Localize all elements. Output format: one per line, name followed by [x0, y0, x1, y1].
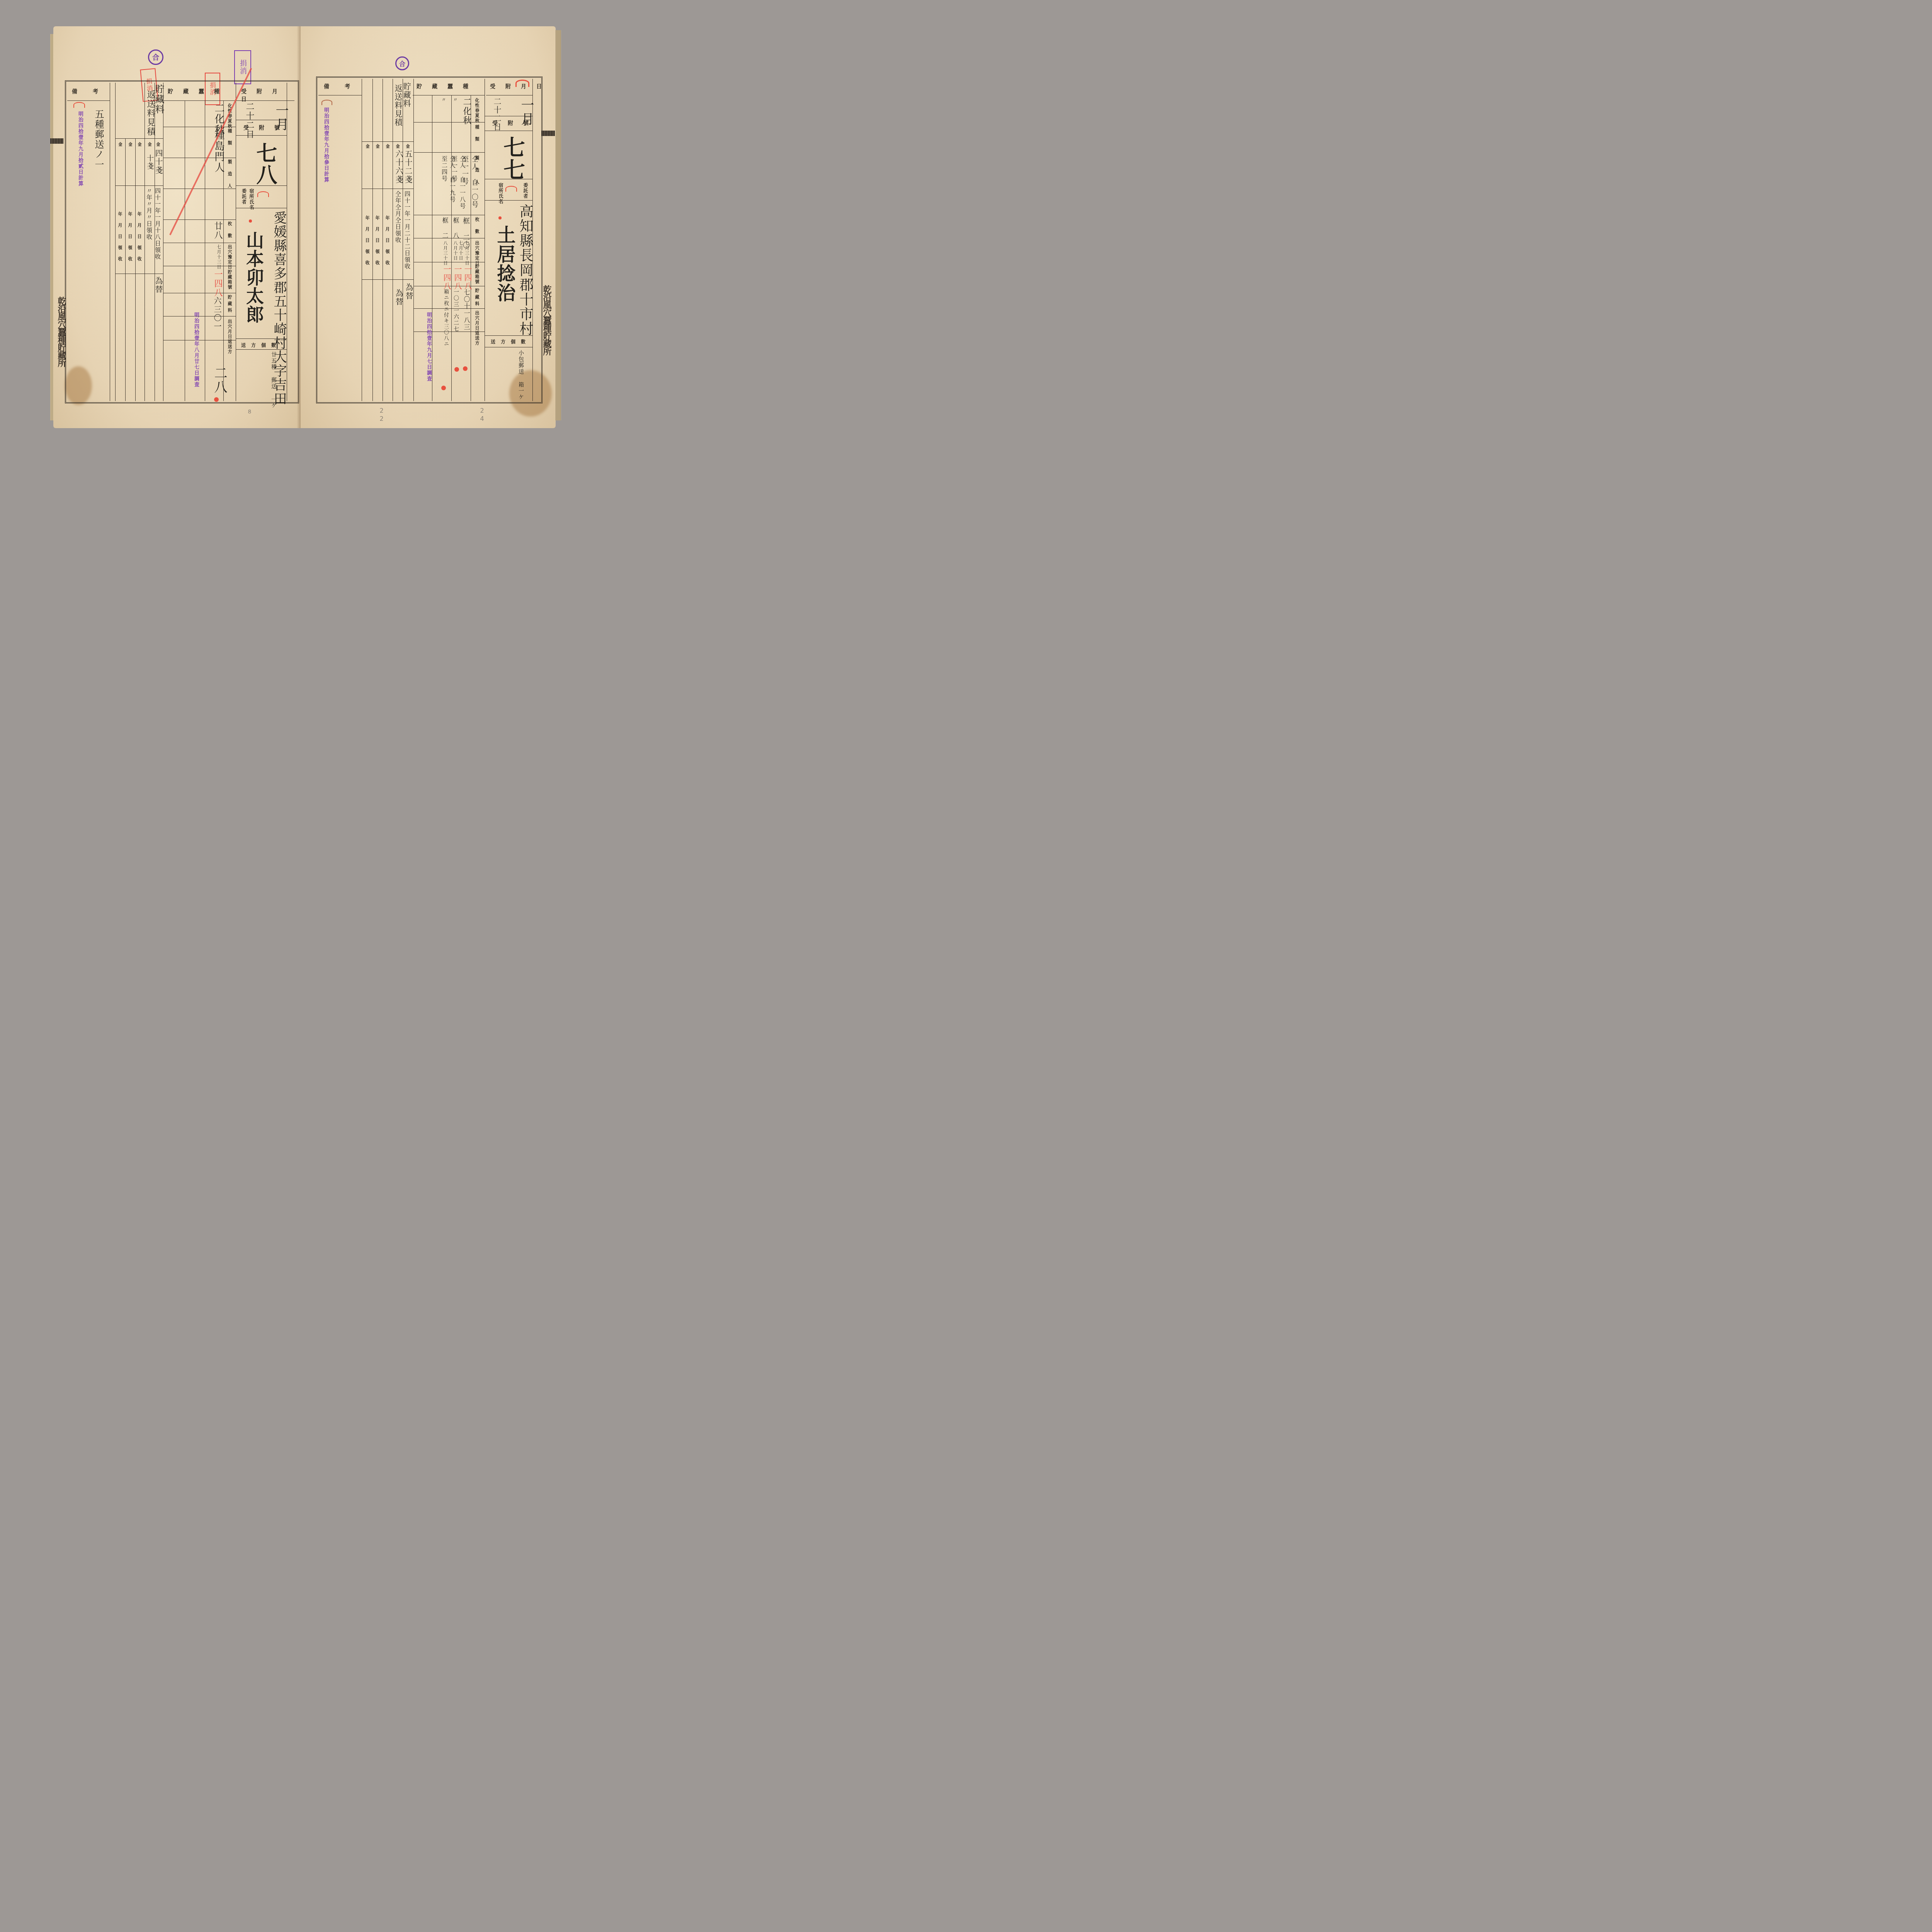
spine-title: 乾沿風穴蠶種貯藏所	[541, 285, 553, 355]
hatch-date-3: 八月十日	[452, 241, 458, 261]
receipt-row-blank: 年月日領收	[117, 212, 123, 268]
fee-detail-3: 箱ニ枚ニ付キ三〇八ニ	[442, 289, 449, 347]
header-consignor: 委託者	[241, 189, 247, 205]
receipt-day: 二十二日	[243, 102, 255, 139]
sheets-row-2: 框 八	[451, 217, 460, 239]
money-label: 金	[155, 142, 160, 147]
receipt-row-1: 四十一年一月十八日領收	[154, 188, 162, 260]
go-circle-stamp: 合	[395, 56, 409, 70]
survey-date-stamp: 明治四拾壹年八月廿七日調査	[192, 312, 200, 388]
red-seal	[257, 191, 269, 197]
fee-item-return: 返送料見積	[393, 84, 404, 127]
header-return-date: 出穴月日返送方	[474, 311, 480, 346]
header-variety-sub: 種類	[226, 129, 233, 153]
survey-date-stamp: 明治四拾壹年九月七日調査	[425, 312, 432, 382]
return-value: 二八	[210, 366, 229, 394]
money-label: 金	[394, 144, 400, 149]
payment-method: 為替	[153, 277, 164, 294]
receipt-row-2: 仝年仝月仝日領收	[394, 191, 402, 243]
fee-detail-1: 七〇十一八三	[462, 289, 471, 331]
pencil-page-number: 8	[247, 409, 253, 416]
payment-method-1: 為替	[403, 283, 415, 300]
hatch-date-2: 七月十日	[457, 241, 464, 261]
header-receipt-date: 受附月日	[241, 87, 301, 103]
receipt-number: 七七	[497, 136, 528, 181]
header-maker: 製造人	[226, 160, 233, 196]
left-page: 合 捐消 捐消 捐消 乾沿風穴蠶種貯藏所	[53, 26, 301, 428]
header-sheets: 枚數	[474, 217, 480, 241]
box-no-3: 一四八	[441, 265, 452, 291]
receipt-row-blank: 年月日領收	[364, 216, 370, 272]
money-label: 金	[374, 144, 380, 149]
remarks-note: 五種郵送ノ一	[92, 109, 105, 170]
box-no-1: 一四八	[462, 265, 473, 291]
spine-tab	[542, 131, 555, 136]
purple-cancel-stamp: 捐消	[234, 50, 251, 84]
header-remarks: 備考	[72, 87, 114, 95]
header-shipping-count: 送方個數	[491, 338, 531, 345]
receipt-number: 七八	[250, 142, 280, 185]
header-sheets: 枚數	[226, 221, 233, 245]
shipping-method: 小包郵送 箱一ケ	[517, 350, 525, 400]
sheets-row-3: 框 二	[440, 217, 449, 239]
box-no-2: 一四八	[452, 265, 463, 291]
calculation-date-stamp: 明治四拾壹年九月拾參日計算	[322, 107, 330, 183]
amount-storage: 四十戔	[153, 149, 164, 175]
sheets-value: 廿八	[212, 221, 224, 240]
hatch-date-4: 八月三十日	[442, 241, 448, 266]
header-consignor: 委託者	[522, 183, 529, 199]
header-hatch-date: 出穴豫定日	[474, 241, 480, 266]
money-label: 金	[127, 142, 133, 147]
pencil-page-number: 22	[378, 407, 385, 423]
calculation-date-stamp: 明治四拾壹年九月拾貳日計算	[77, 111, 84, 187]
header-storage-type: 貯藏蠶種	[168, 87, 230, 95]
header-variety-sub: 種類	[474, 125, 480, 149]
payment-method-2: 為替	[393, 289, 405, 306]
money-label: 金	[384, 144, 390, 149]
right-page: 合 乾沿風穴蠶種貯藏所 受附月日	[301, 26, 556, 428]
spine-tab	[50, 138, 63, 144]
header-remarks: 備考	[324, 82, 366, 90]
receipt-row-blank: 年月日領收	[136, 212, 142, 268]
header-variety: 化性春夏秋	[474, 98, 480, 123]
variety-value: 二化秋	[461, 97, 473, 125]
consignor-address: 高知縣長岡郡十市村	[515, 204, 535, 336]
variety-ditto: 〃	[440, 97, 447, 103]
money-label: 金	[146, 142, 152, 147]
open-ledger-book: 合 捐消 捐消 捐消 乾沿風穴蠶種貯藏所	[53, 26, 556, 430]
header-box-no: 貯藏箱號	[474, 264, 480, 284]
hatch-date-1: 七月三十日	[464, 241, 470, 266]
header-consignor-sub: 宿所氏名	[498, 183, 504, 204]
maker-row-3: 仝人 自一九号 至二四号	[440, 156, 457, 214]
header-consignor-sub: 宿所氏名	[248, 189, 255, 210]
header-box-no: 貯藏箱號	[226, 270, 233, 290]
money-label: 金	[364, 144, 370, 149]
receipt-month: 一月	[272, 104, 291, 131]
fee-value: 六三〇一	[212, 297, 223, 331]
receipt-day: 二十二日	[492, 97, 503, 131]
consignor-name: 土居捻治	[492, 225, 518, 303]
amount-return: 六十六戔	[393, 150, 405, 184]
receipt-row-blank: 年月日領收	[384, 216, 390, 272]
fee-item-return: 返送料見積	[145, 90, 156, 136]
money-label: 金	[117, 142, 122, 147]
amount-return: 十戔	[145, 155, 155, 170]
header-storage-type: 貯藏蠶種	[417, 82, 478, 90]
header-hatch-date: 出穴豫定日	[226, 245, 233, 270]
header-fee: 貯藏料	[226, 295, 233, 315]
consignor-name: 山本卯太郎	[241, 231, 267, 324]
receipt-row-blank: 年月日領收	[127, 212, 133, 268]
money-label: 金	[136, 142, 142, 147]
receipt-row-1: 四十一年一月二十二日領收	[403, 191, 412, 270]
red-seal-header	[515, 80, 529, 87]
receipt-month: 一月	[517, 98, 536, 126]
box-no-value: 一四八	[212, 270, 224, 298]
variety-ditto: 〃	[452, 97, 459, 103]
header-fee: 貯藏料	[474, 288, 480, 308]
go-circle-stamp: 合	[148, 49, 163, 65]
shipping-method: 廿五種 郵送 一ケ	[270, 352, 277, 409]
header-return-date: 出穴月日返送方	[226, 319, 233, 354]
red-seal	[505, 186, 517, 192]
hatch-date-value: 七月十三日	[216, 245, 222, 270]
pencil-page-number: 24	[478, 407, 486, 423]
fee-detail-2: 一〇三一六二七	[452, 289, 460, 332]
receipt-row-blank: 年月日領收	[374, 216, 380, 272]
money-label: 金	[404, 144, 410, 149]
receipt-row-2: 〃年〃月〃日領收	[145, 188, 153, 240]
